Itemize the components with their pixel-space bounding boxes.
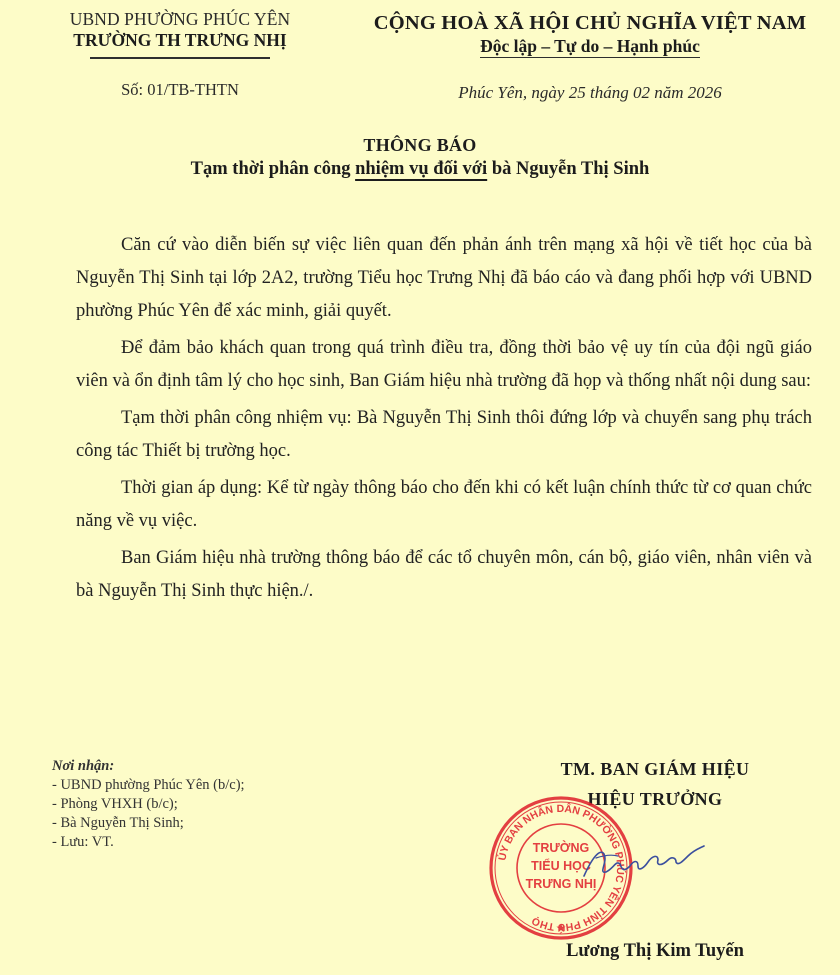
document-title: THÔNG BÁO Tạm thời phân công nhiệm vụ đố…: [0, 133, 840, 181]
title-subject-part: Tạm thời phân công: [191, 159, 355, 179]
recipients-list: Nơi nhận: - UBND phường Phúc Yên (b/c); …: [52, 757, 245, 852]
national-header: CỘNG HOÀ XÃ HỘI CHỦ NGHĨA VIỆT NAM Độc l…: [340, 10, 840, 103]
recipient-item: - Lưu: VT.: [52, 833, 245, 852]
document-number: Số: 01/TB-THTN: [30, 80, 330, 100]
signer-role-board: TM. BAN GIÁM HIỆU: [470, 757, 840, 781]
issuer-header: UBND PHƯỜNG PHÚC YÊN TRƯỜNG TH TRƯNG NHỊ…: [30, 8, 330, 100]
body-paragraph: Căn cứ vào diễn biến sự việc liên quan đ…: [76, 229, 812, 328]
school-name: TRƯỜNG TH TRƯNG NHỊ: [30, 30, 330, 50]
handwritten-signature: [578, 838, 708, 888]
recipient-item: - Bà Nguyễn Thị Sinh;: [52, 814, 245, 833]
recipient-item: - UBND phường Phúc Yên (b/c);: [52, 776, 245, 795]
title-subject: Tạm thời phân công nhiệm vụ đối với bà N…: [0, 157, 840, 181]
issuing-agency: UBND PHƯỜNG PHÚC YÊN: [30, 8, 330, 30]
document-body: Căn cứ vào diễn biến sự việc liên quan đ…: [76, 229, 812, 612]
body-paragraph: Để đảm bảo khách quan trong quá trình đi…: [76, 332, 812, 398]
title-main: THÔNG BÁO: [0, 133, 840, 157]
title-subject-underlined: nhiệm vụ đối với: [355, 159, 487, 179]
header-divider: [90, 57, 270, 59]
star-icon: ★: [556, 921, 567, 935]
body-paragraph: Tạm thời phân công nhiệm vụ: Bà Nguyễn T…: [76, 402, 812, 468]
body-paragraph: Thời gian áp dụng: Kể từ ngày thông báo …: [76, 472, 812, 538]
recipients-label: Nơi nhận:: [52, 757, 245, 776]
official-notice-document: UBND PHƯỜNG PHÚC YÊN TRƯỜNG TH TRƯNG NHỊ…: [0, 0, 840, 975]
recipient-item: - Phòng VHXH (b/c);: [52, 795, 245, 814]
title-subject-part: bà Nguyễn Thị Sinh: [487, 159, 649, 179]
national-title: CỘNG HOÀ XÃ HỘI CHỦ NGHĨA VIỆT NAM: [340, 10, 840, 36]
national-motto: Độc lập – Tự do – Hạnh phúc: [480, 36, 700, 58]
body-paragraph: Ban Giám hiệu nhà trường thông báo để cá…: [76, 542, 812, 608]
place-and-date: Phúc Yên, ngày 25 tháng 02 năm 2026: [340, 83, 840, 103]
